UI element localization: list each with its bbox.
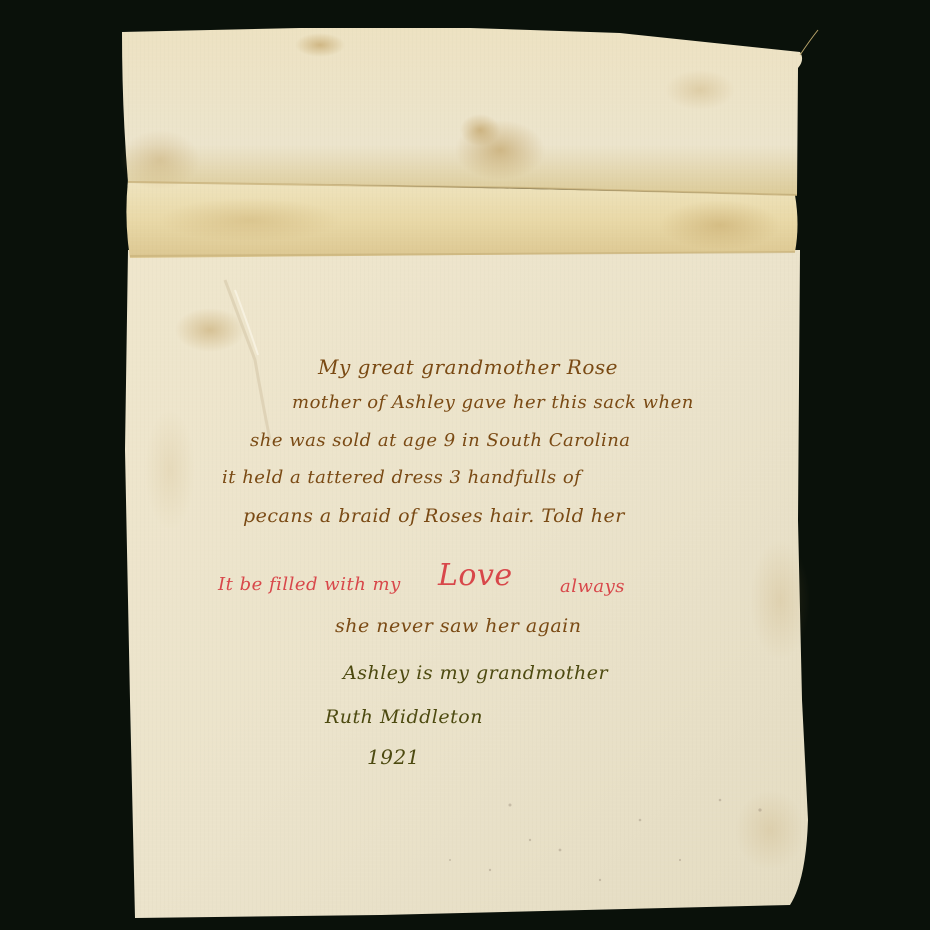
cotton-sack — [0, 0, 930, 930]
